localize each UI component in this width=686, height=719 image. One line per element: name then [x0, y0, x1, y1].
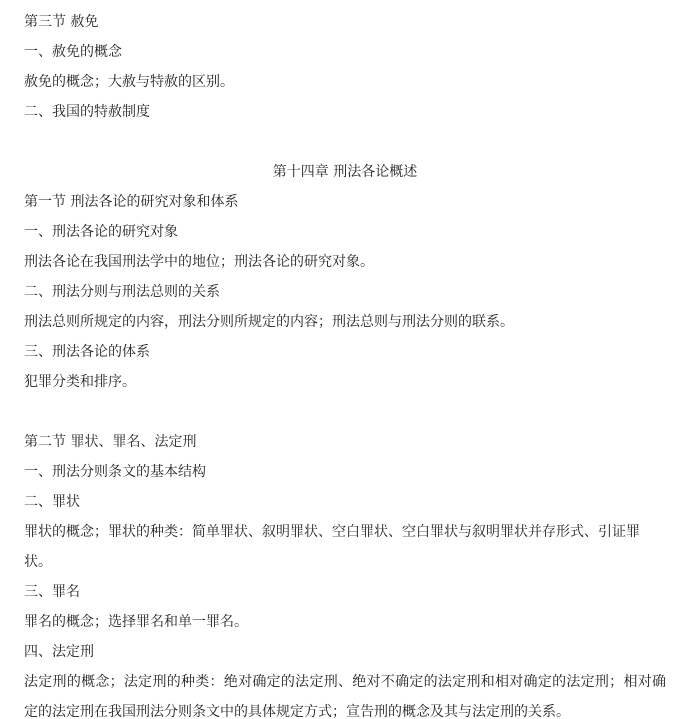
detail-paragraph: 刑法各论在我国刑法学中的地位；刑法各论的研究对象。: [24, 247, 666, 277]
blank-line: [24, 397, 666, 427]
outline-item: 二、刑法分则与刑法总则的关系: [24, 277, 666, 307]
section-heading: 第二节 罪状、罪名、法定刑: [24, 427, 666, 457]
outline-item: 二、我国的特赦制度: [24, 97, 666, 127]
outline-item: 一、刑法分则条文的基本结构: [24, 457, 666, 487]
detail-paragraph: 赦免的概念；大赦与特赦的区别。: [24, 67, 666, 97]
detail-paragraph: 法定刑的概念；法定刑的种类：绝对确定的法定刑、绝对不确定的法定刑和相对确定的法定…: [24, 667, 666, 719]
outline-item: 三、刑法各论的体系: [24, 337, 666, 367]
outline-item: 二、罪状: [24, 487, 666, 517]
outline-item: 四、法定刑: [24, 637, 666, 667]
outline-item: 三、罪名: [24, 577, 666, 607]
detail-paragraph: 罪状的概念；罪状的种类：简单罪状、叙明罪状、空白罪状、空白罪状与叙明罪状并存形式…: [24, 517, 666, 577]
detail-paragraph: 罪名的概念；选择罪名和单一罪名。: [24, 607, 666, 637]
outline-item: 一、赦免的概念: [24, 37, 666, 67]
document-page: 第三节 赦免 一、赦免的概念 赦免的概念；大赦与特赦的区别。 二、我国的特赦制度…: [0, 0, 686, 719]
outline-item: 一、刑法各论的研究对象: [24, 217, 666, 247]
section-heading: 第一节 刑法各论的研究对象和体系: [24, 187, 666, 217]
blank-line: [24, 127, 666, 157]
detail-paragraph: 犯罪分类和排序。: [24, 367, 666, 397]
section-heading: 第三节 赦免: [24, 7, 666, 37]
chapter-heading: 第十四章 刑法各论概述: [24, 157, 666, 187]
detail-paragraph: 刑法总则所规定的内容，刑法分则所规定的内容；刑法总则与刑法分则的联系。: [24, 307, 666, 337]
